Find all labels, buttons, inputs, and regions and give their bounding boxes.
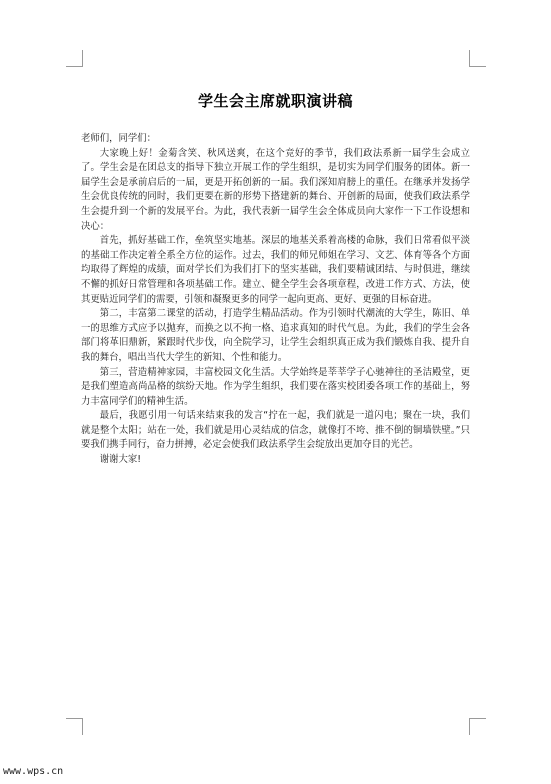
paragraph-third: 第三，营造精神家园，丰富校园文化生活。大学始终是莘莘学子心驰神往的圣洁殿堂，更是… — [81, 366, 470, 410]
paragraph-intro: 大家晚上好！金菊含笑、秋风送爽，在这个竞好的季节，我们政法系新一届学生会成立了。… — [81, 147, 470, 235]
watermark-link: www.wps.cn — [3, 766, 63, 777]
document-title: 学生会主席就职演讲稿 — [0, 90, 551, 111]
paragraph-second: 第二，丰富第二课堂的活动，打造学生精品活动。作为引领时代潮流的大学生，陈旧、单一… — [81, 307, 470, 365]
paragraph-closing: 最后，我愿引用一句话来结束我的发言“拧在一起，我们就是一道闪电；聚在一块，我们就… — [81, 409, 470, 453]
thanks-line: 谢谢大家! — [81, 453, 470, 468]
crop-mark-top-right — [469, 50, 486, 67]
crop-mark-top-left — [66, 50, 83, 67]
paragraph-first: 首先，抓好基础工作，垒筑坚实地基。深层的地基关系着高楼的命脉，我们日常看似平淡的… — [81, 234, 470, 307]
document-body: 老师们，同学们： 大家晚上好！金菊含笑、秋风送爽，在这个竞好的季节，我们政法系新… — [81, 132, 470, 468]
document-page: 学生会主席就职演讲稿 老师们，同学们： 大家晚上好！金菊含笑、秋风送爽，在这个竞… — [0, 0, 551, 784]
salutation: 老师们，同学们： — [81, 132, 470, 147]
crop-mark-bottom-right — [469, 718, 486, 735]
crop-mark-bottom-left — [66, 718, 83, 735]
